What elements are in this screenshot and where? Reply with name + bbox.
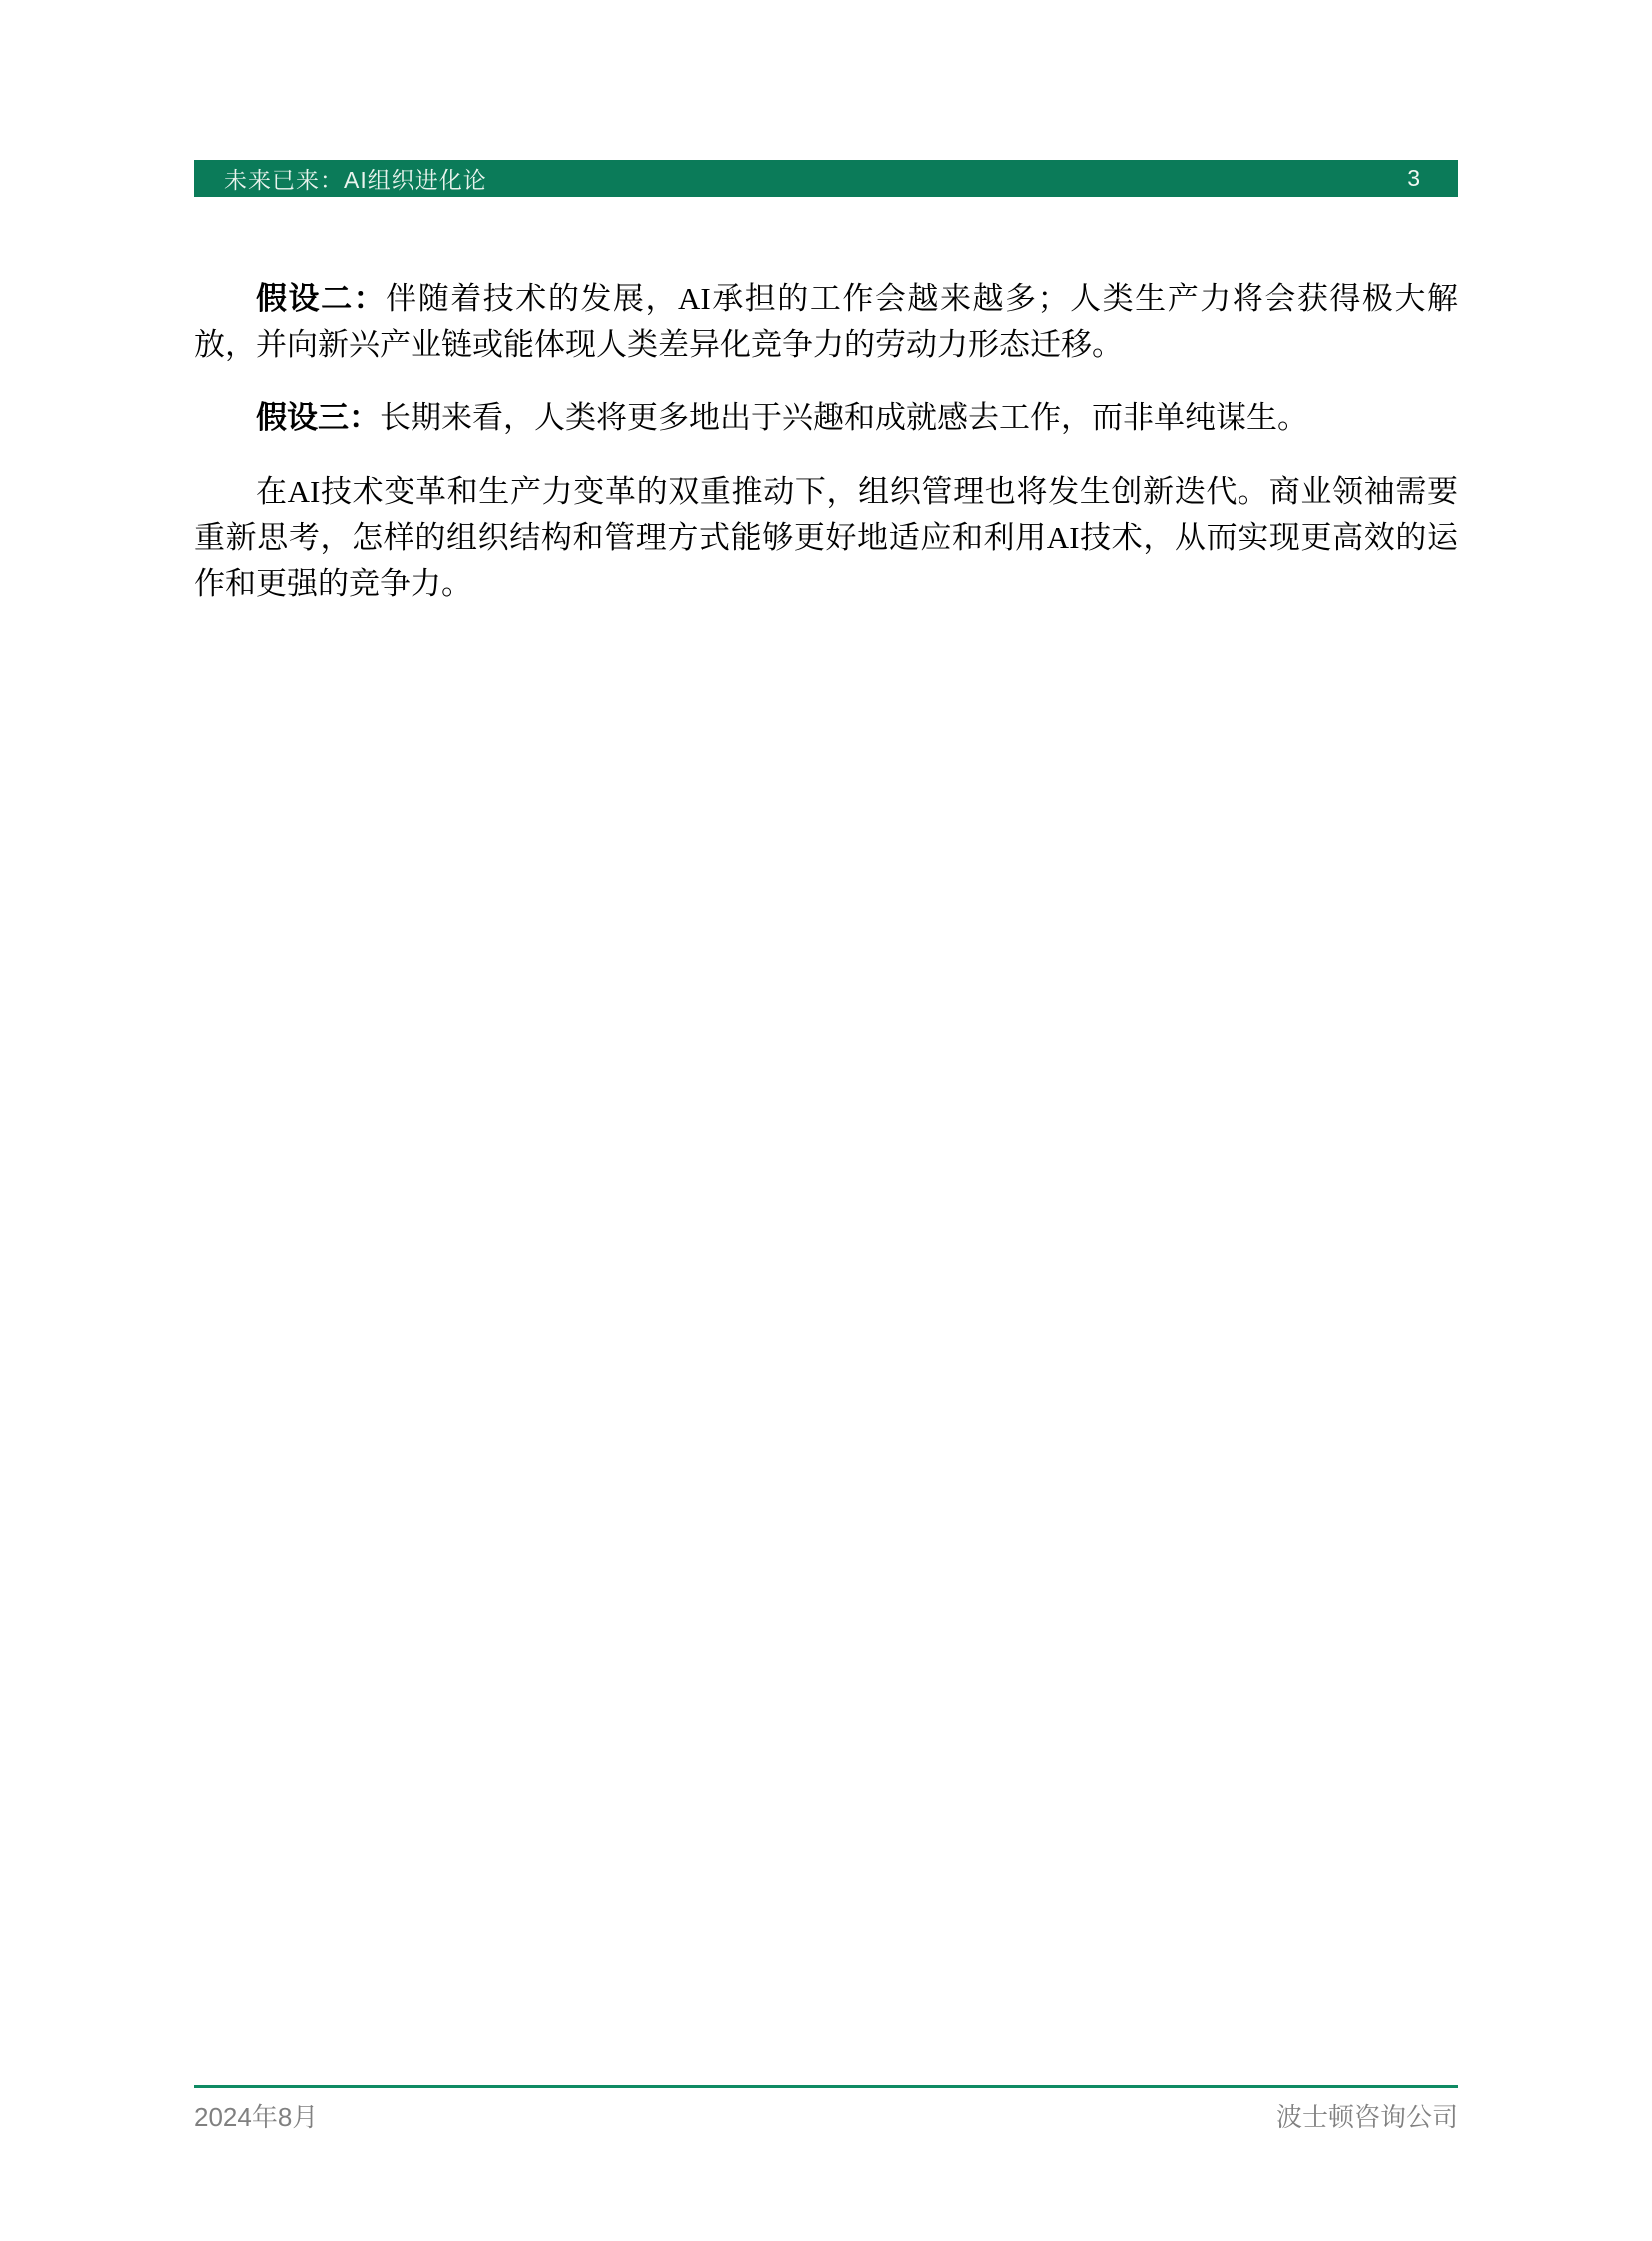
page-number: 3 xyxy=(1407,165,1420,192)
paragraph: 在AI技术变革和生产力变革的双重推动下，组织管理也将发生创新迭代。商业领袖需要重… xyxy=(194,469,1458,607)
footer-divider xyxy=(194,2085,1458,2088)
footer-company: 波士顿咨询公司 xyxy=(1276,2097,1458,2134)
document-page: 未来已来：AI组织进化论 3 假设二：伴随着技术的发展，AI承担的工作会越来越多… xyxy=(0,0,1652,2241)
paragraph-lead: 假设二： xyxy=(256,281,386,316)
page-footer: 2024年8月 波士顿咨询公司 xyxy=(194,2097,1458,2134)
paragraph-text: 长期来看，人类将更多地出于兴趣和成就感去工作，而非单纯谋生。 xyxy=(380,400,1308,435)
footer-date: 2024年8月 xyxy=(194,2097,318,2134)
body-text: 假设二：伴随着技术的发展，AI承担的工作会越来越多；人类生产力将会获得极大解放，… xyxy=(194,276,1458,635)
paragraph-lead: 假设三： xyxy=(256,400,380,435)
header-title: 未来已来：AI组织进化论 xyxy=(224,162,487,195)
paragraph: 假设三：长期来看，人类将更多地出于兴趣和成就感去工作，而非单纯谋生。 xyxy=(194,395,1458,441)
page-header-bar: 未来已来：AI组织进化论 3 xyxy=(194,160,1458,197)
paragraph: 假设二：伴随着技术的发展，AI承担的工作会越来越多；人类生产力将会获得极大解放，… xyxy=(194,276,1458,368)
paragraph-text: 在AI技术变革和生产力变革的双重推动下，组织管理也将发生创新迭代。商业领袖需要重… xyxy=(194,474,1458,601)
